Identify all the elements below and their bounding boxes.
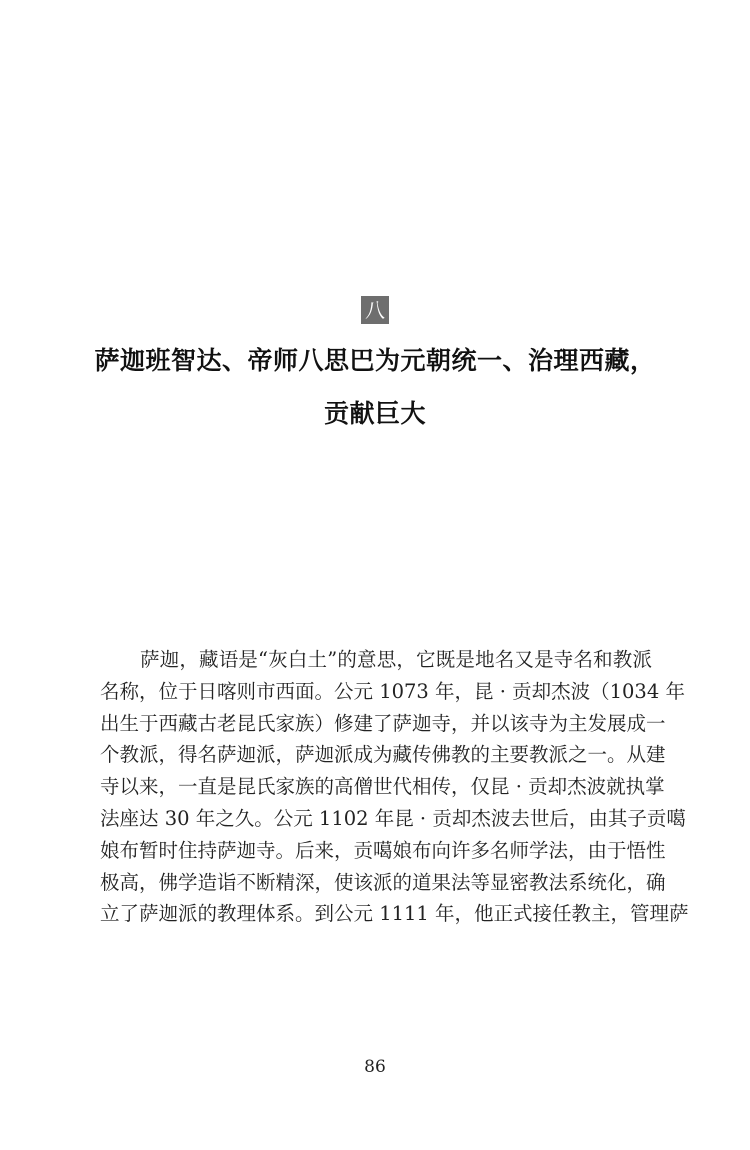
page-number: 86: [0, 1057, 750, 1077]
body-line: 法座达 30 年之久。公元 1102 年昆 · 贡却杰波去世后，由其子贡噶: [100, 803, 652, 835]
body-line: 名称，位于日喀则市西面。公元 1073 年，昆 · 贡却杰波（1034 年: [100, 676, 652, 708]
body-line: 娘布暂时住持萨迦寺。后来，贡噶娘布向许多名师学法，由于悟性: [100, 835, 652, 867]
body-line: 出生于西藏古老昆氏家族）修建了萨迦寺，并以该寺为主发展成一: [100, 708, 652, 740]
body-paragraph: 萨迦，藏语是“灰白土”的意思，它既是地名又是寺名和教派 名称，位于日喀则市西面。…: [100, 644, 652, 930]
body-line: 立了萨迦派的教理体系。到公元 1111 年，他正式接任教主，管理萨: [100, 898, 652, 930]
chapter-title-line-1: 萨迦班智达、帝师八思巴为元朝统一、治理西藏，: [60, 341, 690, 377]
body-line: 寺以来，一直是昆氏家族的高僧世代相传，仅昆 · 贡却杰波就执掌: [100, 771, 652, 803]
chapter-title-line-2: 贡献巨大: [60, 394, 690, 430]
body-line: 个教派，得名萨迦派，萨迦派成为藏传佛教的主要教派之一。从建: [100, 739, 652, 771]
chapter-number-badge: 八: [361, 296, 389, 324]
body-line: 萨迦，藏语是“灰白土”的意思，它既是地名又是寺名和教派: [100, 644, 652, 676]
body-line: 极高，佛学造诣不断精深，使该派的道果法等显密教法系统化，确: [100, 867, 652, 899]
